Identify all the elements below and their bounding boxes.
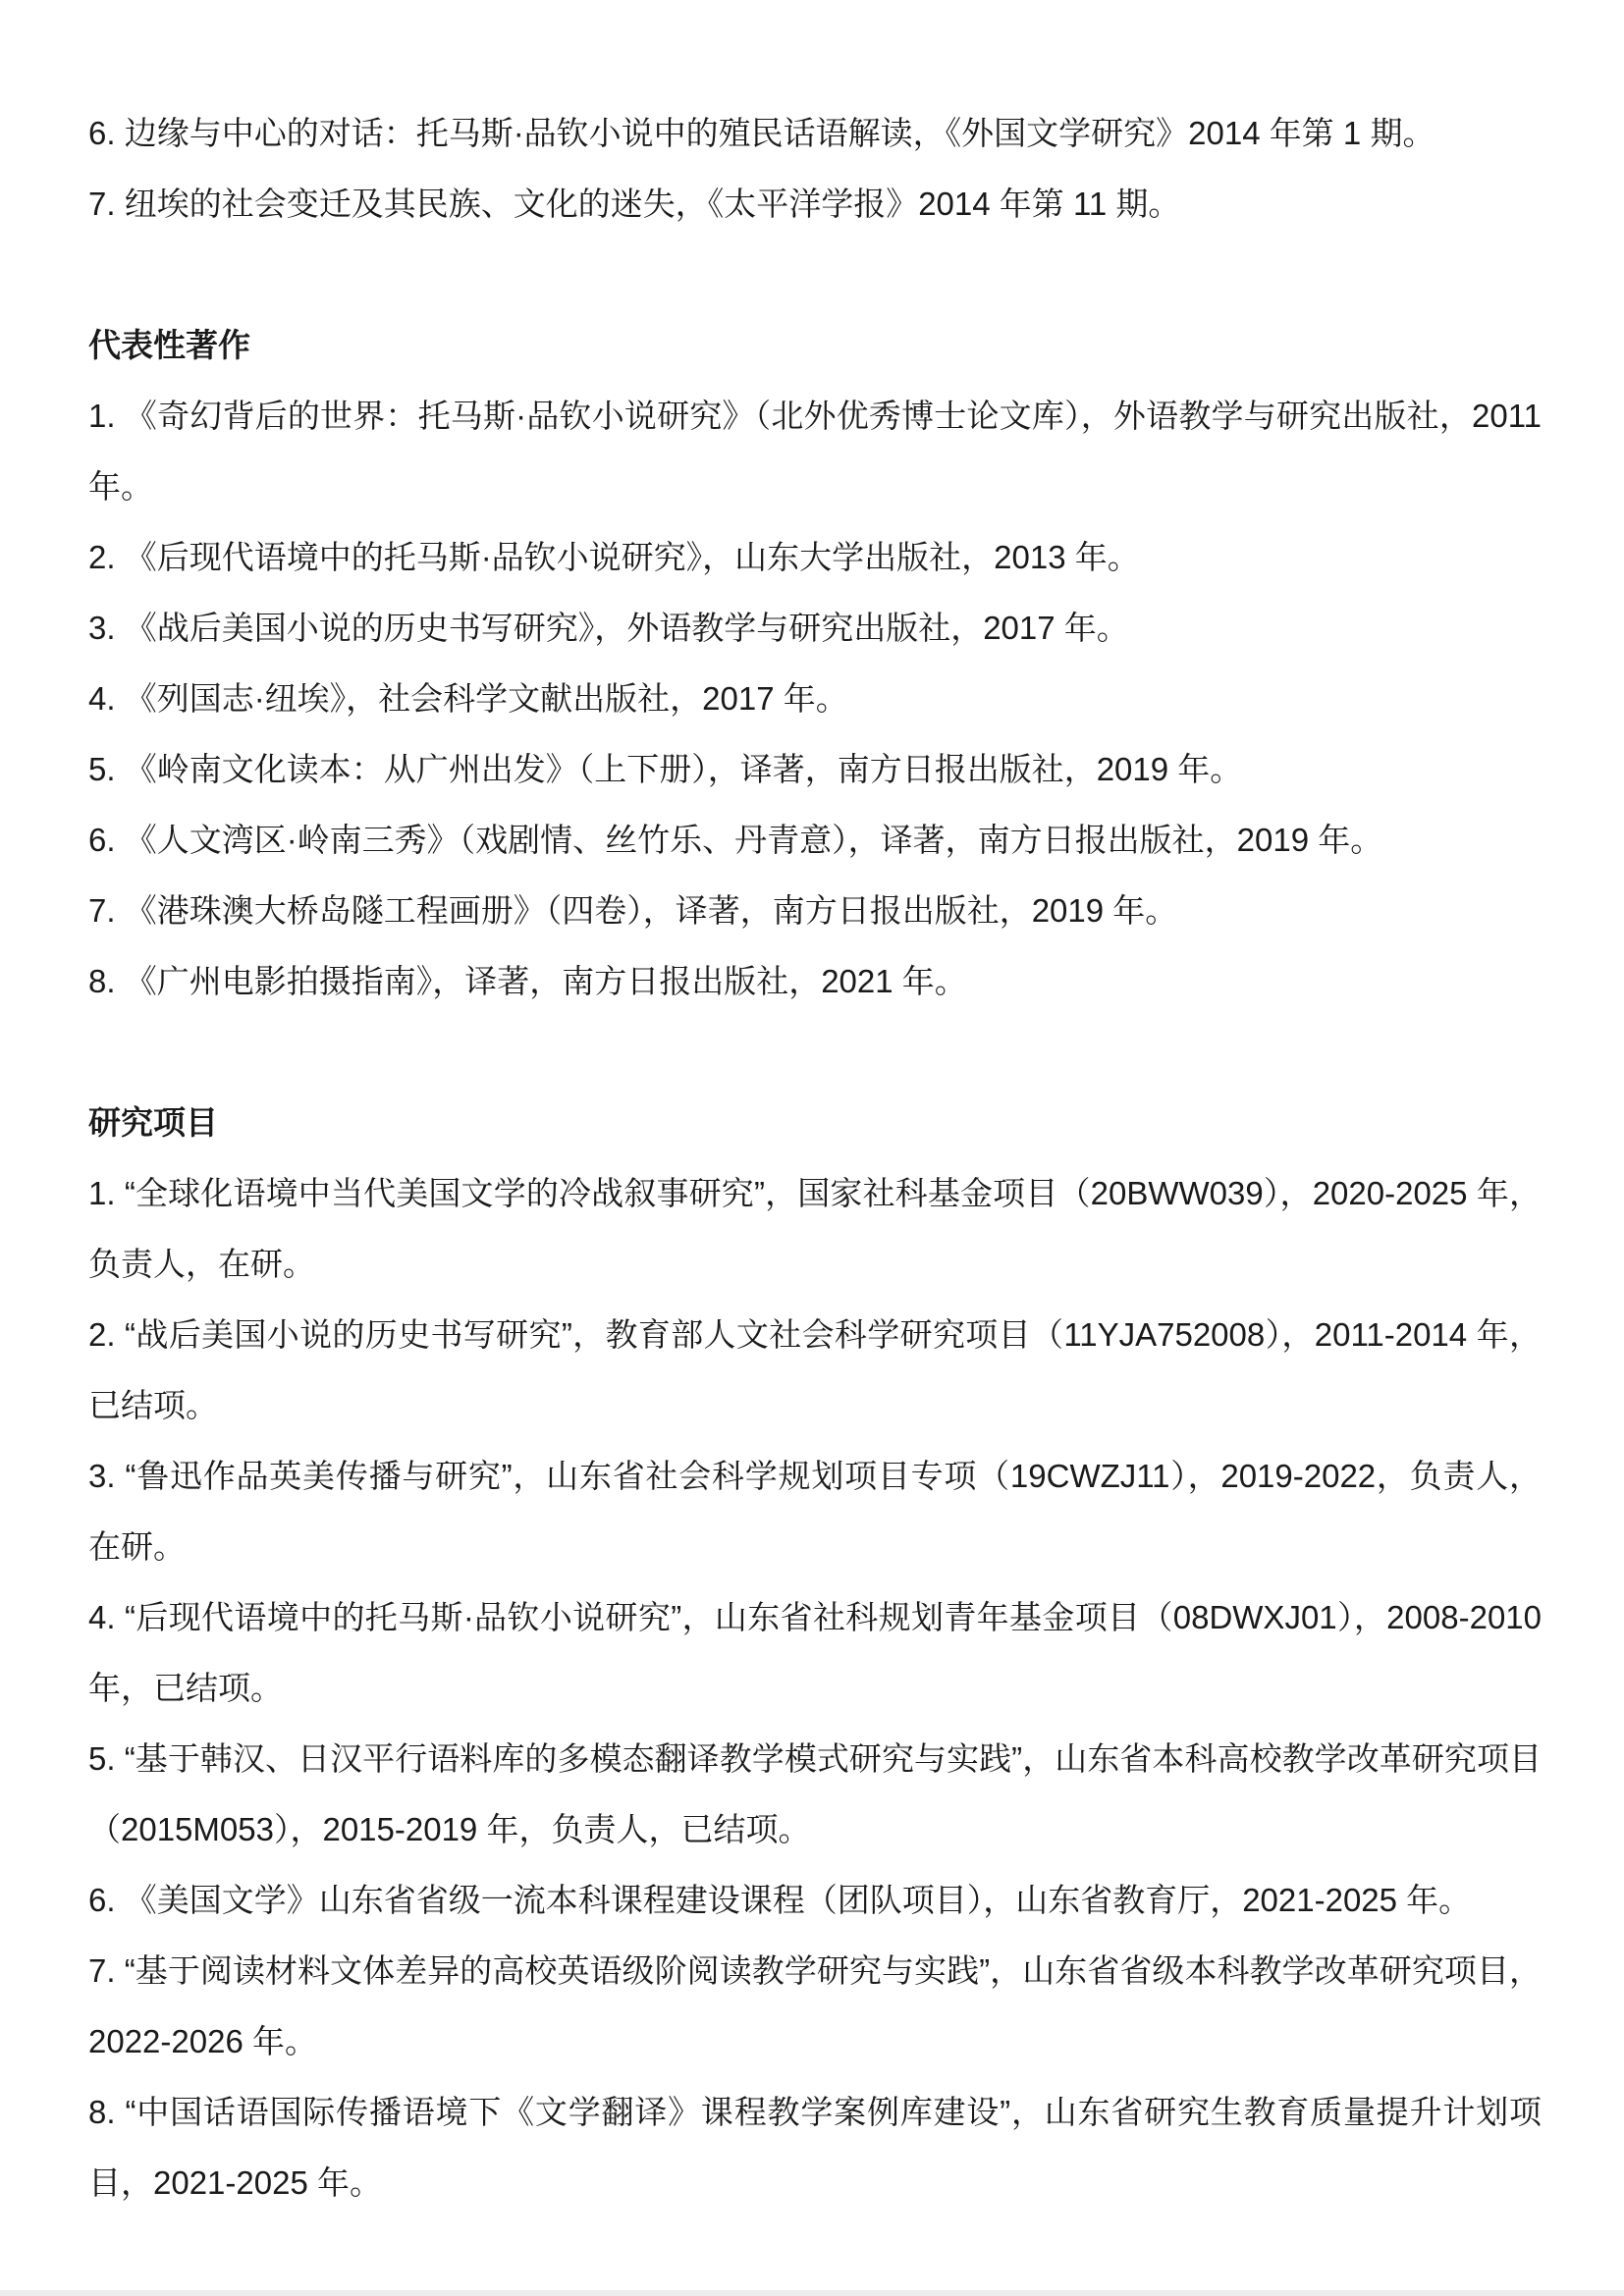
work-list-item: 8. 《广州电影拍摄指南》，译著，南方日报出版社，2021 年。 xyxy=(88,946,1542,1017)
paper-list-item: 7. 纽埃的社会变迁及其民族、文化的迷失，《太平洋学报》2014 年第 11 期… xyxy=(88,169,1542,240)
work-list-item: 2. 《后现代语境中的托马斯·品钦小说研究》，山东大学出版社，2013 年。 xyxy=(88,522,1542,593)
work-list-item: 3. 《战后美国小说的历史书写研究》，外语教学与研究出版社，2017 年。 xyxy=(88,593,1542,664)
project-list-item: 4. “后现代语境中的托马斯·品钦小说研究”，山东省社科规划青年基金项目（08D… xyxy=(88,1582,1542,1724)
work-list-item: 1. 《奇幻背后的世界：托马斯·品钦小说研究》（北外优秀博士论文库），外语教学与… xyxy=(88,381,1542,522)
work-list-item: 6. 《人文湾区·岭南三秀》（戏剧情、丝竹乐、丹青意），译著，南方日报出版社，2… xyxy=(88,805,1542,876)
project-list-item: 2. “战后美国小说的历史书写研究”，教育部人文社会科学研究项目（11YJA75… xyxy=(88,1300,1542,1441)
section-heading-representative-works: 代表性著作 xyxy=(88,310,1542,381)
project-list-item: 8. “中国话语国际传播语境下《文学翻译》课程教学案例库建设”，山东省研究生教育… xyxy=(88,2077,1542,2218)
work-list-item: 5. 《岭南文化读本：从广州出发》（上下册），译著，南方日报出版社，2019 年… xyxy=(88,734,1542,805)
project-list-item: 5. “基于韩汉、日汉平行语料库的多模态翻译教学模式研究与实践”，山东省本科高校… xyxy=(88,1724,1542,1865)
project-list-item: 7. “基于阅读材料文体差异的高校英语级阶阅读教学研究与实践”，山东省省级本科教… xyxy=(88,1936,1542,2077)
page-bottom-edge xyxy=(0,2290,1624,2296)
project-list-item: 3. “鲁迅作品英美传播与研究”，山东省社会科学规划项目专项（19CWZJ11）… xyxy=(88,1441,1542,1582)
paper-list-item: 6. 边缘与中心的对话：托马斯·品钦小说中的殖民话语解读，《外国文学研究》201… xyxy=(88,98,1542,169)
document-page: 6. 边缘与中心的对话：托马斯·品钦小说中的殖民话语解读，《外国文学研究》201… xyxy=(0,0,1624,2296)
section-heading-research-projects: 研究项目 xyxy=(88,1088,1542,1158)
work-list-item: 4. 《列国志·纽埃》，社会科学文献出版社，2017 年。 xyxy=(88,664,1542,734)
project-list-item: 6. 《美国文学》山东省省级一流本科课程建设课程（团队项目），山东省教育厅，20… xyxy=(88,1865,1542,1936)
work-list-item: 7. 《港珠澳大桥岛隧工程画册》（四卷），译著，南方日报出版社，2019 年。 xyxy=(88,876,1542,946)
project-list-item: 1. “全球化语境中当代美国文学的冷战叙事研究”，国家社科基金项目（20BWW0… xyxy=(88,1158,1542,1300)
